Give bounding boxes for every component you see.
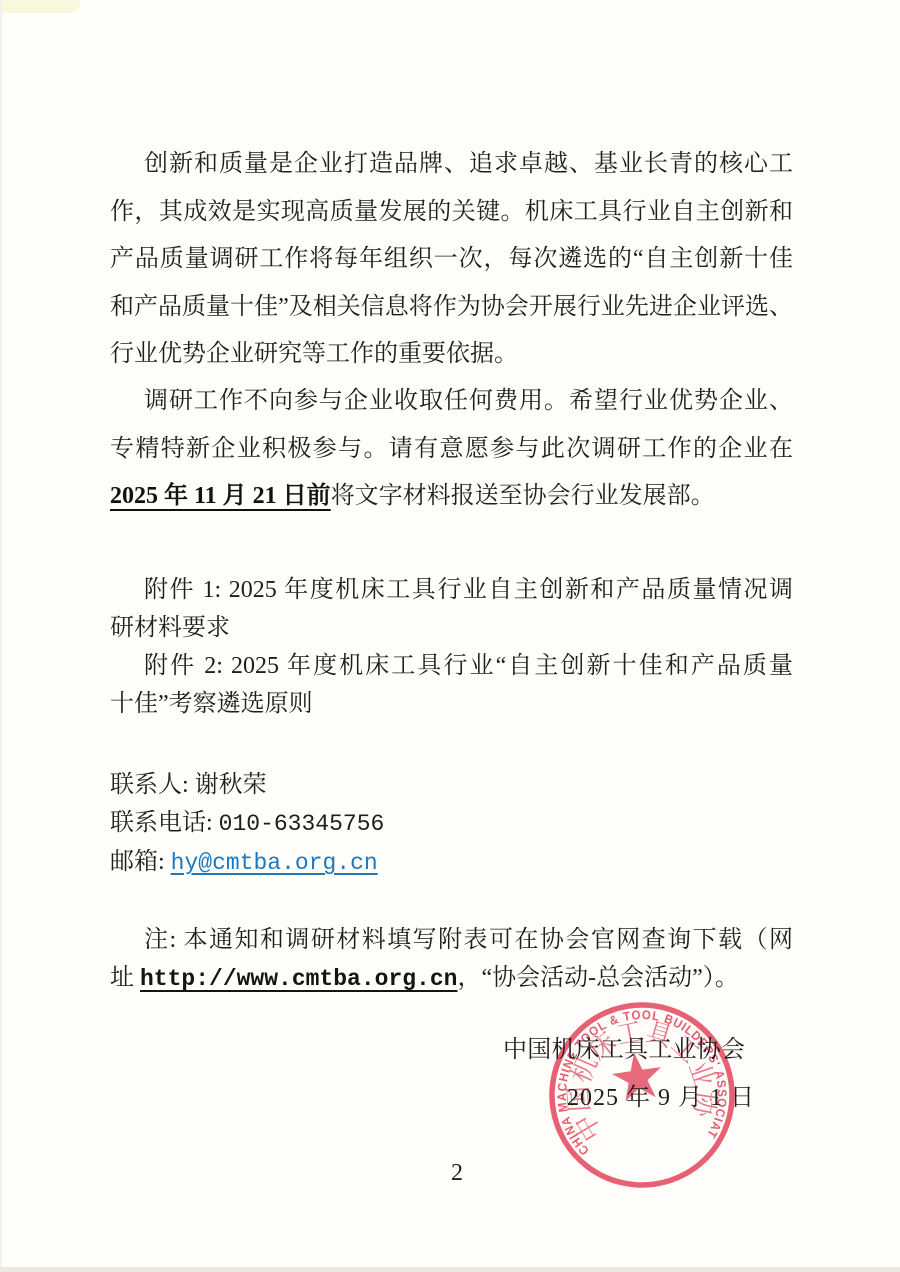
signature-organization: 中国机床工具工业协会 (503, 1036, 745, 1064)
paragraph-line: 创新和质量是企业打造品牌、追求卓越、基业长青的核心工 (110, 141, 793, 189)
paragraph-innovation-quality: 创新和质量是企业打造品牌、追求卓越、基业长青的核心工 作，其成效是实现高质量发展… (110, 141, 793, 379)
paragraph-line: 和产品质量十佳”及相关信息将作为协会开展行业先进企业评选、 (110, 284, 793, 332)
contact-phone-label: 联系电话: (110, 810, 219, 836)
document-page: 创新和质量是企业打造品牌、追求卓越、基业长青的核心工 作，其成效是实现高质量发展… (0, 0, 900, 1272)
paragraph-line: 作，其成效是实现高质量发展的关键。机床工具行业自主创新和 (110, 189, 793, 237)
note-line-1: 注: 本通知和调研材料填写附表可在协会官网查询下载（网 (110, 921, 793, 959)
paragraph-line: 产品质量调研工作将每年组织一次，每次遴选的“自主创新十佳 (110, 236, 793, 284)
scan-artifact-top-left (0, 0, 80, 13)
attachment-2-line-2: 十佳”考察遴选原则 (110, 685, 793, 723)
website-url: http://www.cmtba.org.cn (140, 966, 457, 992)
paragraph-line: 调研工作不向参与企业收取任何费用。希望行业优势企业、 (110, 378, 793, 426)
attachments-list: 附件 1: 2025 年度机床工具行业自主创新和产品质量情况调 研材料要求 附件… (110, 571, 793, 723)
deadline-tail-text: 将文字材料报送至协会行业发展部。 (331, 483, 715, 509)
note-line-2-prefix: 址 (110, 965, 140, 991)
attachment-1-line-2: 研材料要求 (110, 609, 793, 647)
scan-edge-left (0, 0, 2, 1272)
attachment-2-line-1: 附件 2: 2025 年度机床工具行业“自主创新十佳和产品质量 (110, 647, 793, 685)
signature-date: 2025 年 9 月 1 日 (567, 1084, 755, 1112)
attachment-1-line-1: 附件 1: 2025 年度机床工具行业自主创新和产品质量情况调 (110, 571, 793, 609)
contact-phone: 联系电话: 010-63345756 (110, 804, 793, 843)
page-number: 2 (437, 1160, 477, 1187)
email-link[interactable]: hy@cmtba.org.cn (171, 850, 378, 876)
paragraph-participation-deadline: 调研工作不向参与企业收取任何费用。希望行业优势企业、 专精特新企业积极参与。请有… (110, 378, 793, 521)
contact-email: 邮箱: hy@cmtba.org.cn (110, 843, 793, 882)
deadline-date: 2025 年 11 月 21 日前 (110, 483, 331, 509)
paragraph-line: 行业优势企业研究等工作的重要依据。 (110, 331, 793, 379)
paragraph-line: 专精特新企业积极参与。请有意愿参与此次调研工作的企业在 (110, 426, 793, 474)
contact-block: 联系人: 谢秋荣 联系电话: 010-63345756 邮箱: hy@cmtba… (110, 766, 793, 882)
contact-phone-number: 010-63345756 (219, 811, 385, 837)
contact-email-label: 邮箱: (110, 849, 171, 875)
scan-edge-bottom (0, 1267, 900, 1272)
paragraph-line: 2025 年 11 月 21 日前将文字材料报送至协会行业发展部。 (110, 473, 793, 521)
contact-person: 联系人: 谢秋荣 (110, 766, 793, 804)
